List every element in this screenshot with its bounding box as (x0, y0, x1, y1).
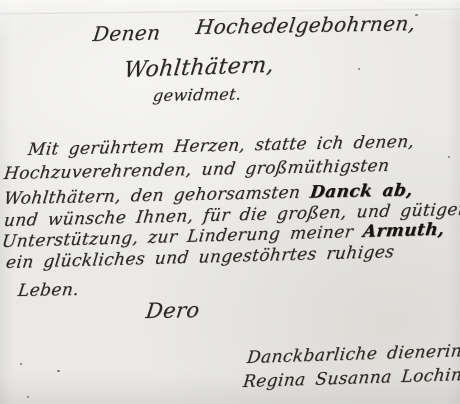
paper-speck (27, 396, 29, 398)
letter-page: Denen Hochedelgebohrnen, Wohlthätern, ge… (0, 0, 460, 404)
heading-wohlthaetern: Wohlthätern, (123, 53, 276, 83)
paper-corner-highlight (0, 0, 67, 42)
heading-denen: Denen (92, 20, 162, 46)
heading-hochedelgebohrnen: Hochedelgebohrnen, (195, 11, 417, 39)
closing-dero: Dero (145, 298, 201, 323)
body-line-7: Leben. (17, 280, 80, 301)
signature-name: Regina Susanna Lochin (242, 365, 460, 392)
paper-speck (20, 363, 22, 365)
body-line-5-emphasis: Armuth, (362, 220, 446, 242)
body-line-2: Hochzuverehrenden, und großmüthigsten (3, 156, 391, 184)
body-line-3-emphasis: Danck ab, (309, 180, 414, 202)
paper-speck (358, 68, 360, 70)
paper-speck (57, 370, 60, 372)
paper-speck (448, 156, 450, 158)
heading-gewidmet: gewidmet. (152, 84, 243, 105)
signature-role: Danckbarliche dienerin (246, 341, 460, 368)
